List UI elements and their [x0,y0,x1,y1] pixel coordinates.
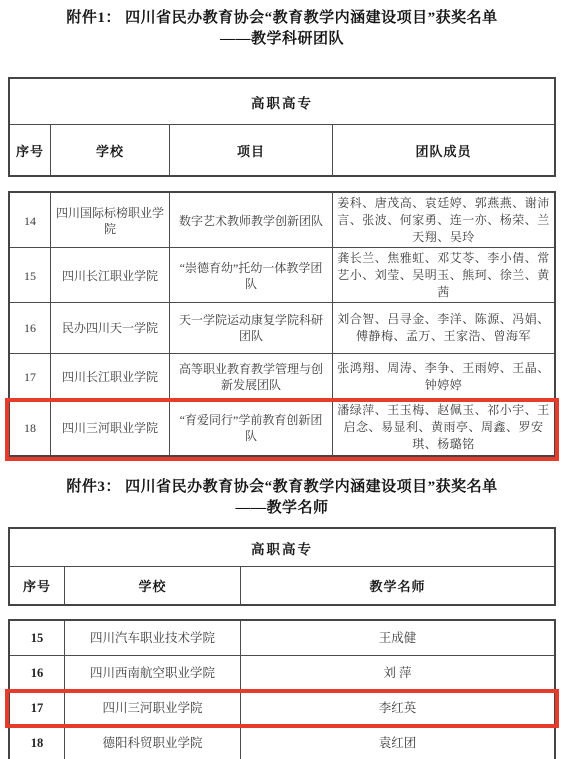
school-cell: 四川国际标榜职业学院 [50,193,169,248]
members-cell: 姜科、唐茂高、袁廷婷、郭燕燕、谢沛言、张波、何家勇、连一亦、杨荣、兰天翔、吴玲 [332,193,554,248]
table1-header: 高职高专 序号 学校 项目 团队成员 [8,77,556,177]
project-cell: 数字艺术教师教学创新团队 [169,193,332,248]
teacher-cell: 袁红团 [240,726,554,759]
school-cell: 四川长江职业学院 [50,248,169,303]
project-cell: “育爱同行”学前教育创新团队 [169,400,332,455]
table2-col-header-school: 学校 [64,567,240,604]
row-no: 16 [10,656,64,690]
row-no: 18 [10,400,50,455]
school-cell: 四川汽车职业技术学院 [64,621,240,655]
table1-col-header-project: 项目 [169,125,332,175]
table2-column-header-row: 序号 学校 教学名师 [10,566,554,604]
table-row-16: 16 四川西南航空职业学院 刘 萍 [10,655,554,690]
attachment3-title-line2: ——教学名师 [0,498,564,519]
members-cell: 张鸿翔、周涛、李争、王雨婷、王晶、钟婷婷 [332,354,554,399]
row-no: 14 [10,193,50,248]
teacher-cell: 李红英 [240,691,554,725]
table2-group-header: 高职高专 [10,529,554,566]
attachment1-title: 附件1： 四川省民办教育协会“教育教学内涵建设项目”获奖名单 ——教学科研团队 [0,0,564,50]
document-page: 附件1： 四川省民办教育协会“教育教学内涵建设项目”获奖名单 ——教学科研团队 … [0,0,564,759]
teacher-cell: 刘 萍 [240,656,554,690]
row-no: 18 [10,726,64,759]
teacher-cell: 王成健 [240,621,554,655]
table2-data: 15 四川汽车职业技术学院 王成健 16 四川西南航空职业学院 刘 萍 17 四… [8,619,556,759]
attachment3-title: 附件3： 四川省民办教育协会“教育教学内涵建设项目”获奖名单 ——教学名师 [0,477,564,519]
members-cell: 刘合智、吕寻金、李洋、陈源、冯娟、傅静梅、孟万、王家浩、曾海军 [332,303,554,353]
table1-col-header-no: 序号 [10,125,50,175]
table2-col-header-no: 序号 [10,567,64,604]
school-cell: 民办四川天一学院 [50,303,169,353]
table-row-14: 14 四川国际标榜职业学院 数字艺术教师教学创新团队 姜科、唐茂高、袁廷婷、郭燕… [10,193,554,247]
row-no: 16 [10,303,50,353]
table2-col-header-teacher: 教学名师 [240,567,554,604]
table-row-16: 16 民办四川天一学院 天一学院运动康复学院科研团队 刘合智、吕寻金、李洋、陈源… [10,302,554,353]
school-cell: 四川三河职业学院 [64,691,240,725]
table-row-17-highlighted: 17 四川三河职业学院 李红英 [10,690,554,725]
table-row-18-highlighted: 18 四川三河职业学院 “育爱同行”学前教育创新团队 潘绿萍、王玉梅、赵佩玉、祁… [10,399,554,455]
table1-data: 14 四川国际标榜职业学院 数字艺术教师教学创新团队 姜科、唐茂高、袁廷婷、郭燕… [8,191,556,457]
members-cell: 潘绿萍、王玉梅、赵佩玉、祁小宇、王启念、易显利、黄雨亭、周鑫、罗安琪、杨璐铭 [332,400,554,455]
table-row-15: 15 四川汽车职业技术学院 王成健 [10,621,554,655]
table1-group-header: 高职高专 [10,79,554,124]
table1-col-header-school: 学校 [50,125,169,175]
table-row-17: 17 四川长江职业学院 高等职业教育教学管理与创新发展团队 张鸿翔、周涛、李争、… [10,353,554,399]
table-row-15: 15 四川长江职业学院 “崇德育幼”托幼一体教学团队 龚长兰、焦雅虹、邓艾苓、李… [10,247,554,302]
school-cell: 四川三河职业学院 [50,400,169,455]
table1-column-header-row: 序号 学校 项目 团队成员 [10,124,554,175]
school-cell: 四川长江职业学院 [50,354,169,399]
attachment3-title-line1: 附件3： 四川省民办教育协会“教育教学内涵建设项目”获奖名单 [0,477,564,498]
table2-header: 高职高专 序号 学校 教学名师 [8,527,556,606]
attachment1-title-line2: ——教学科研团队 [0,29,564,50]
table-row-18: 18 德阳科贸职业学院 袁红团 [10,725,554,759]
members-cell: 龚长兰、焦雅虹、邓艾苓、李小倩、常艺小、刘莹、吴明玉、熊珂、徐兰、黄茜 [332,248,554,303]
attachment1-title-line1: 附件1： 四川省民办教育协会“教育教学内涵建设项目”获奖名单 [0,8,564,29]
row-no: 15 [10,248,50,303]
school-cell: 德阳科贸职业学院 [64,726,240,759]
school-cell: 四川西南航空职业学院 [64,656,240,690]
project-cell: “崇德育幼”托幼一体教学团队 [169,248,332,303]
table1-col-header-members: 团队成员 [332,125,554,175]
project-cell: 天一学院运动康复学院科研团队 [169,303,332,353]
row-no: 17 [10,691,64,725]
project-cell: 高等职业教育教学管理与创新发展团队 [169,354,332,399]
row-no: 15 [10,621,64,655]
row-no: 17 [10,354,50,399]
